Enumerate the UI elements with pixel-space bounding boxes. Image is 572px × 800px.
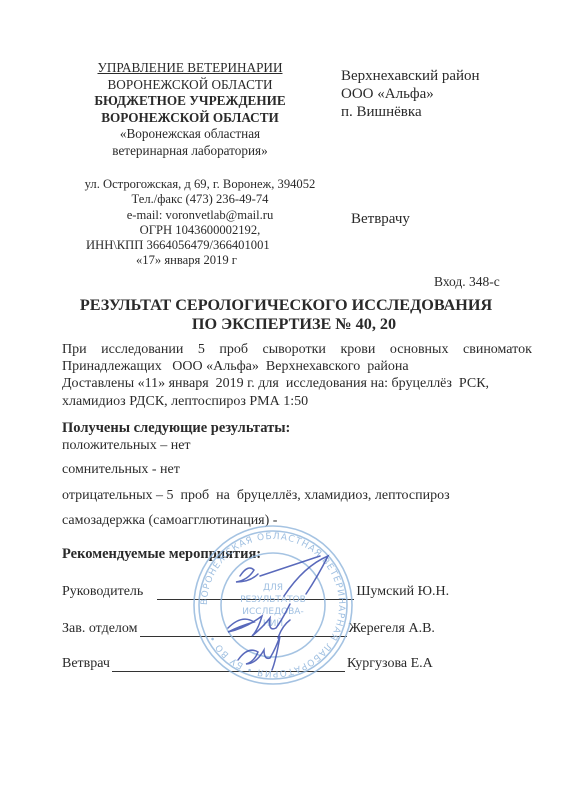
signature-row-department: Зав. отделом Жерегеля А.В. <box>62 621 435 637</box>
signature-line <box>112 659 345 672</box>
word: сыворотки <box>263 341 326 358</box>
signature-name: Кургузова Е.А <box>347 656 433 672</box>
result-negative: отрицательных – 5 проб на бруцеллёз, хла… <box>62 488 450 504</box>
svg-text:ИССЛЕДОВА-: ИССЛЕДОВА- <box>242 607 303 617</box>
recipient-district: Верхнехавский район <box>341 67 480 85</box>
word: основных <box>390 341 449 358</box>
document-date: «17» января 2019 г <box>60 253 340 268</box>
description-line3: Доставлены «11» января 2019 г. для иссле… <box>62 375 532 392</box>
recipient-village: п. Вишнёвка <box>341 103 480 121</box>
org-dept-line2: ВОРОНЕЖСКОЙ ОБЛАСТИ <box>60 77 320 94</box>
org-inn: ИНН\КПП 3664056479/366401001 <box>60 238 340 253</box>
addressee: Ветврачу <box>351 211 410 228</box>
title-line1: РЕЗУЛЬТАТ СЕРОЛОГИЧЕСКОГО ИССЛЕДОВАНИЯ <box>0 296 572 315</box>
word: свиноматок <box>463 341 532 358</box>
org-name-line2: ВОРОНЕЖСКОЙ ОБЛАСТИ <box>60 110 320 127</box>
document-title: РЕЗУЛЬТАТ СЕРОЛОГИЧЕСКОГО ИССЛЕДОВАНИЯ П… <box>0 296 572 334</box>
recipient-company: ООО «Альфа» <box>341 85 480 103</box>
signature-line <box>140 624 347 637</box>
recipient-address: Верхнехавский район ООО «Альфа» п. Вишнё… <box>341 67 480 121</box>
word: При <box>62 341 87 358</box>
description-line4: хламидиоз РДСК, лептоспироз РМА 1:50 <box>62 393 532 410</box>
org-lab-line2: ветеринарная лаборатория» <box>60 143 320 160</box>
result-doubtful: сомнительных - нет <box>62 462 180 478</box>
result-positive: положительных – нет <box>62 438 191 454</box>
handwritten-signature-icon <box>228 556 328 670</box>
signature-role: Руководитель <box>62 584 143 600</box>
signature-row-head: Руководитель Шумский Ю.Н. <box>62 584 449 600</box>
results-heading: Получены следующие результаты: <box>62 420 290 437</box>
signature-role: Ветврач <box>62 656 110 672</box>
description-line1: При исследовании 5 проб сыворотки крови … <box>62 341 532 358</box>
signature-line <box>157 587 354 600</box>
word: проб <box>219 341 248 358</box>
word: крови <box>340 341 375 358</box>
study-description: При исследовании 5 проб сыворотки крови … <box>62 341 532 410</box>
word: 5 <box>198 341 205 358</box>
signature-role: Зав. отделом <box>62 621 138 637</box>
recommendations-heading: Рекомендуемые мероприятия: <box>62 546 261 563</box>
signature-name: Шумский Ю.Н. <box>356 584 449 600</box>
result-self-retention: самозадержка (самоагглютинация) - <box>62 513 277 529</box>
org-address: ул. Острогожская, д 69, г. Воронеж, 3940… <box>60 177 340 192</box>
org-lab-line1: «Воронежская областная <box>60 126 320 143</box>
signature-name: Жерегеля А.В. <box>349 621 435 637</box>
org-dept-line1: УПРАВЛЕНИЕ ВЕТЕРИНАРИИ <box>60 60 320 77</box>
incoming-number: Вход. 348-с <box>434 274 500 290</box>
org-phone: Тел./факс (473) 236-49-74 <box>60 192 340 207</box>
org-name-line1: БЮДЖЕТНОЕ УЧРЕЖДЕНИЕ <box>60 93 320 110</box>
word: исследовании <box>101 341 183 358</box>
org-email: e-mail: voronvetlab@mail.ru <box>60 208 340 223</box>
description-line2: Принадлежащих ООО «Альфа» Верхнехавского… <box>62 358 532 375</box>
organization-header: УПРАВЛЕНИЕ ВЕТЕРИНАРИИ ВОРОНЕЖСКОЙ ОБЛАС… <box>60 60 320 159</box>
org-ogrn: ОГРН 1043600002192, <box>60 223 340 238</box>
contact-details: ул. Острогожская, д 69, г. Воронеж, 3940… <box>60 177 340 269</box>
signature-row-vet: Ветврач Кургузова Е.А <box>62 656 433 672</box>
title-line2: ПО ЭКСПЕРТИЗЕ № 40, 20 <box>0 315 572 334</box>
